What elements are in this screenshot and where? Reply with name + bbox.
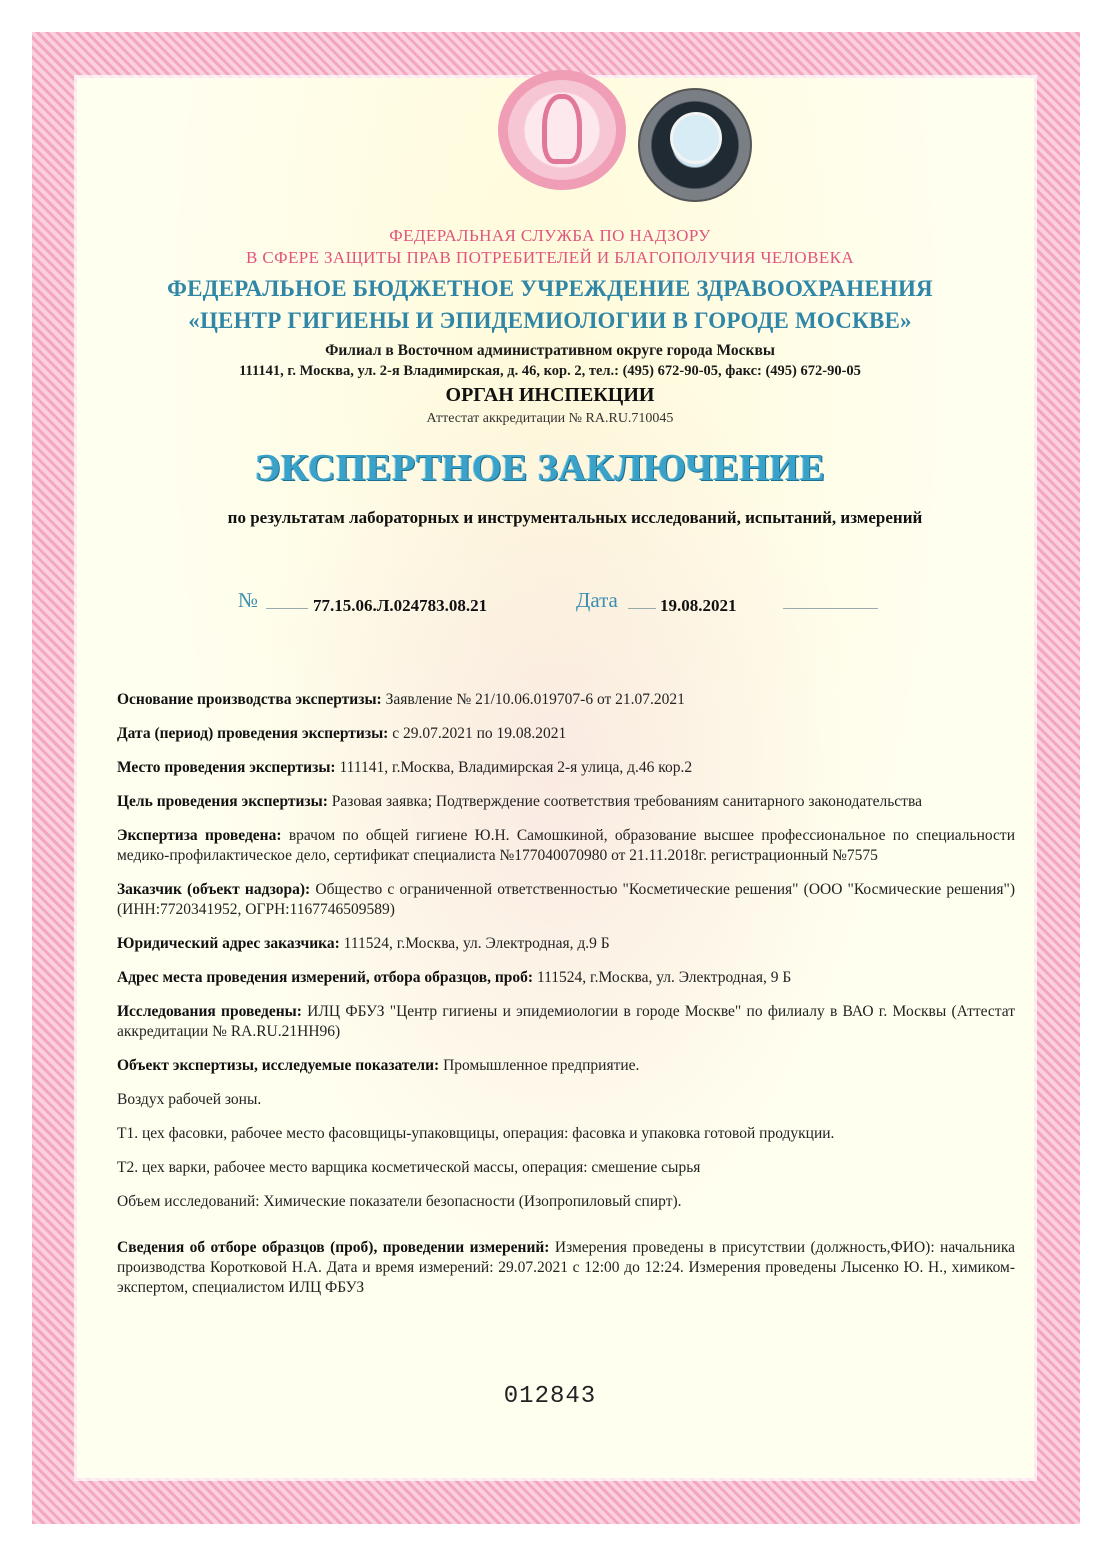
date-label: Дата bbox=[576, 588, 618, 613]
paragraph-scope: Объем исследований: Химические показател… bbox=[117, 1192, 1015, 1212]
branch-name: Филиал в Восточном административном окру… bbox=[0, 342, 1100, 360]
field-place: Место проведения экспертизы: 111141, г.М… bbox=[117, 758, 1015, 778]
branch-address: 111141, г. Москва, ул. 2-я Владимирская,… bbox=[0, 363, 1100, 380]
fields-block: Основание производства экспертизы: Заявл… bbox=[117, 690, 1015, 1312]
hologram-seal-icon bbox=[638, 88, 752, 202]
field-basis: Основание производства экспертизы: Заявл… bbox=[117, 690, 1015, 710]
field-sampling: Сведения об отборе образцов (проб), пров… bbox=[117, 1238, 1015, 1298]
field-measurement-address: Адрес места проведения измерений, отбора… bbox=[117, 968, 1015, 988]
document-number: 77.15.06.Л.024783.08.21 bbox=[313, 596, 487, 616]
document-title: ЭКСПЕРТНОЕ ЗАКЛЮЧЕНИЕ bbox=[0, 446, 1090, 490]
field-period: Дата (период) проведения экспертизы: с 2… bbox=[117, 724, 1015, 744]
organ-title: ОРГАН ИНСПЕКЦИИ bbox=[0, 384, 1100, 407]
number-label: № bbox=[238, 588, 258, 613]
paragraph-t2: Т2. цех варки, рабочее место варщика кос… bbox=[117, 1158, 1015, 1178]
agency-line-2: В СФЕРЕ ЗАЩИТЫ ПРАВ ПОТРЕБИТЕЛЕЙ И БЛАГО… bbox=[0, 248, 1100, 268]
field-purpose: Цель проведения экспертизы: Разовая заяв… bbox=[117, 792, 1015, 812]
accreditation-number: Аттестат аккредитации № RA.RU.710045 bbox=[0, 411, 1100, 427]
field-customer: Заказчик (объект надзора): Общество с ог… bbox=[117, 880, 1015, 920]
number-date-row: № 77.15.06.Л.024783.08.21 Дата 19.08.202… bbox=[238, 588, 878, 622]
document-date: 19.08.2021 bbox=[660, 596, 737, 616]
medical-emblem-icon bbox=[498, 70, 626, 190]
institution-line-2: «ЦЕНТР ГИГИЕНЫ И ЭПИДЕМИОЛОГИИ В ГОРОДЕ … bbox=[0, 308, 1100, 334]
field-object: Объект экспертизы, исследуемые показател… bbox=[117, 1056, 1015, 1076]
institution-line-1: ФЕДЕРАЛЬНОЕ БЮДЖЕТНОЕ УЧРЕЖДЕНИЕ ЗДРАВОО… bbox=[0, 276, 1100, 302]
emblems bbox=[498, 60, 768, 200]
paragraph-air: Воздух рабочей зоны. bbox=[117, 1090, 1015, 1110]
paragraph-t1: Т1. цех фасовки, рабочее место фасовщицы… bbox=[117, 1124, 1015, 1144]
field-expert: Экспертиза проведена: врачом по общей ги… bbox=[117, 826, 1015, 866]
field-research-by: Исследования проведены: ИЛЦ ФБУЗ "Центр … bbox=[117, 1002, 1015, 1042]
field-legal-address: Юридический адрес заказчика: 111524, г.М… bbox=[117, 934, 1015, 954]
agency-line-1: ФЕДЕРАЛЬНАЯ СЛУЖБА ПО НАДЗОРУ bbox=[0, 226, 1100, 246]
form-serial-number: 012843 bbox=[0, 1383, 1100, 1410]
document-subtitle: по результатам лабораторных и инструмент… bbox=[25, 508, 1100, 528]
